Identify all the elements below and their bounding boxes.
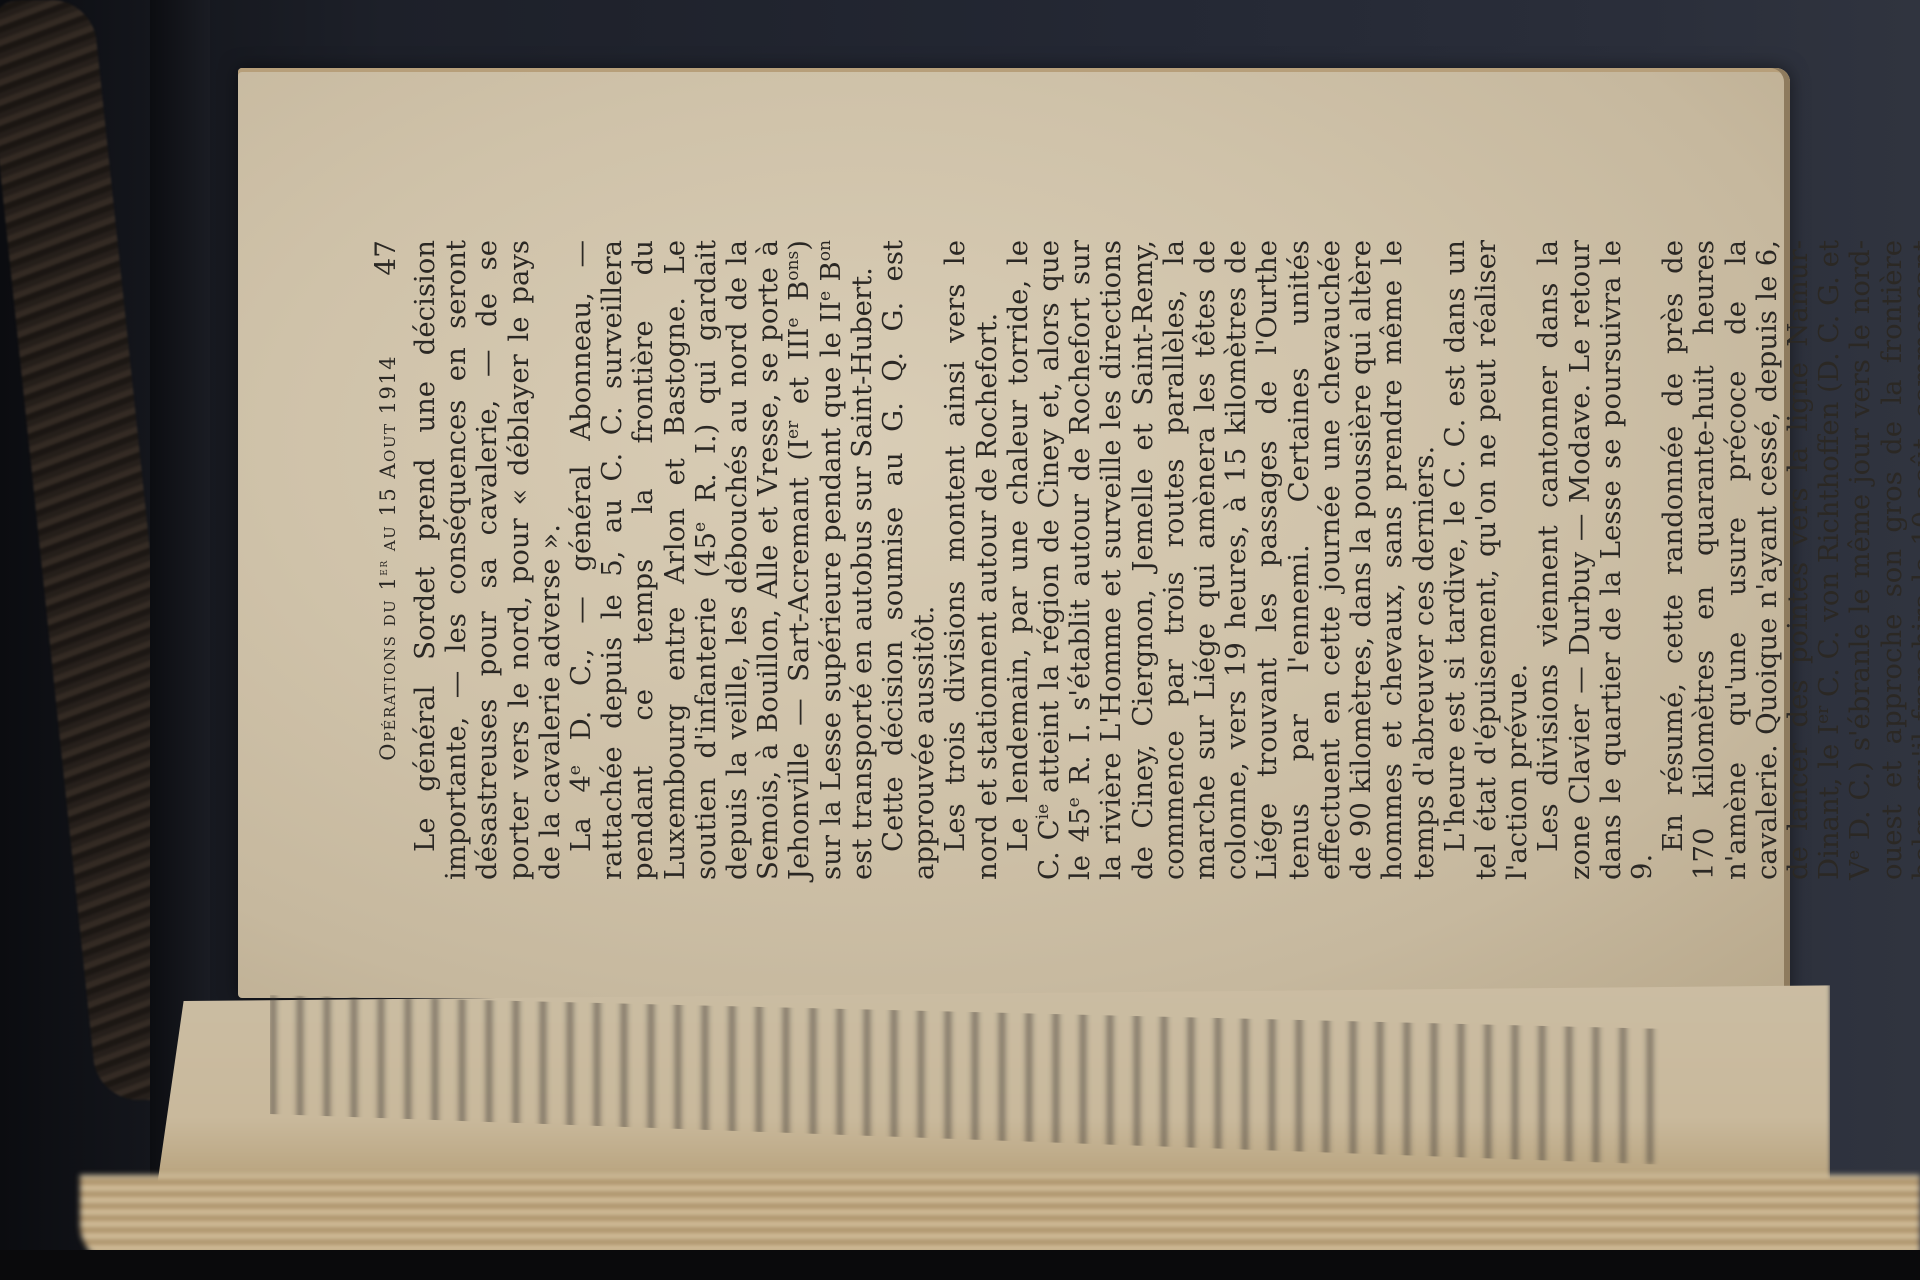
paragraph: En résumé, cette randonnée de près de 17… <box>1658 240 1920 880</box>
superscript: e <box>1064 797 1084 807</box>
superscript: e <box>690 522 710 532</box>
superscript: e <box>814 291 834 301</box>
paragraph: Cette décision soumise au G. Q. G. est a… <box>878 240 940 880</box>
shadow-floor <box>0 1250 1920 1280</box>
superscript: er <box>783 421 803 439</box>
paragraph: Les divisions viennent cantonner dans la… <box>1533 240 1658 880</box>
superscript: e <box>565 765 585 775</box>
facing-page-blurred <box>40 975 1920 1280</box>
superscript: ons <box>783 251 803 281</box>
superscript: e <box>783 318 803 328</box>
superscript: e <box>1844 850 1864 860</box>
superscript: er <box>1813 706 1833 724</box>
running-head: Opérations du 1er au 15 Aout 1914 47 <box>370 240 404 880</box>
paragraph: Le lendemain, par une chaleur torride, l… <box>1003 240 1440 880</box>
superscript: ie <box>1033 804 1053 820</box>
superscript: on <box>814 240 834 261</box>
running-head-title: Opérations du 1er au 15 Aout 1914 <box>373 276 404 880</box>
paragraphs: Le général Sordet prend une décision imp… <box>410 240 1920 880</box>
page-text-block: Opérations du 1er au 15 Aout 1914 47 Le … <box>370 240 1590 880</box>
paragraph: Les trois divisions montent ainsi vers l… <box>940 240 1002 880</box>
paragraph: Le général Sordet prend une décision imp… <box>410 240 566 880</box>
paragraph: La 4e D. C., — général Abonneau, — ratta… <box>566 240 878 880</box>
paragraph: L'heure est si tardive, le C. C. est dan… <box>1440 240 1534 880</box>
page-number: 47 <box>370 240 401 276</box>
